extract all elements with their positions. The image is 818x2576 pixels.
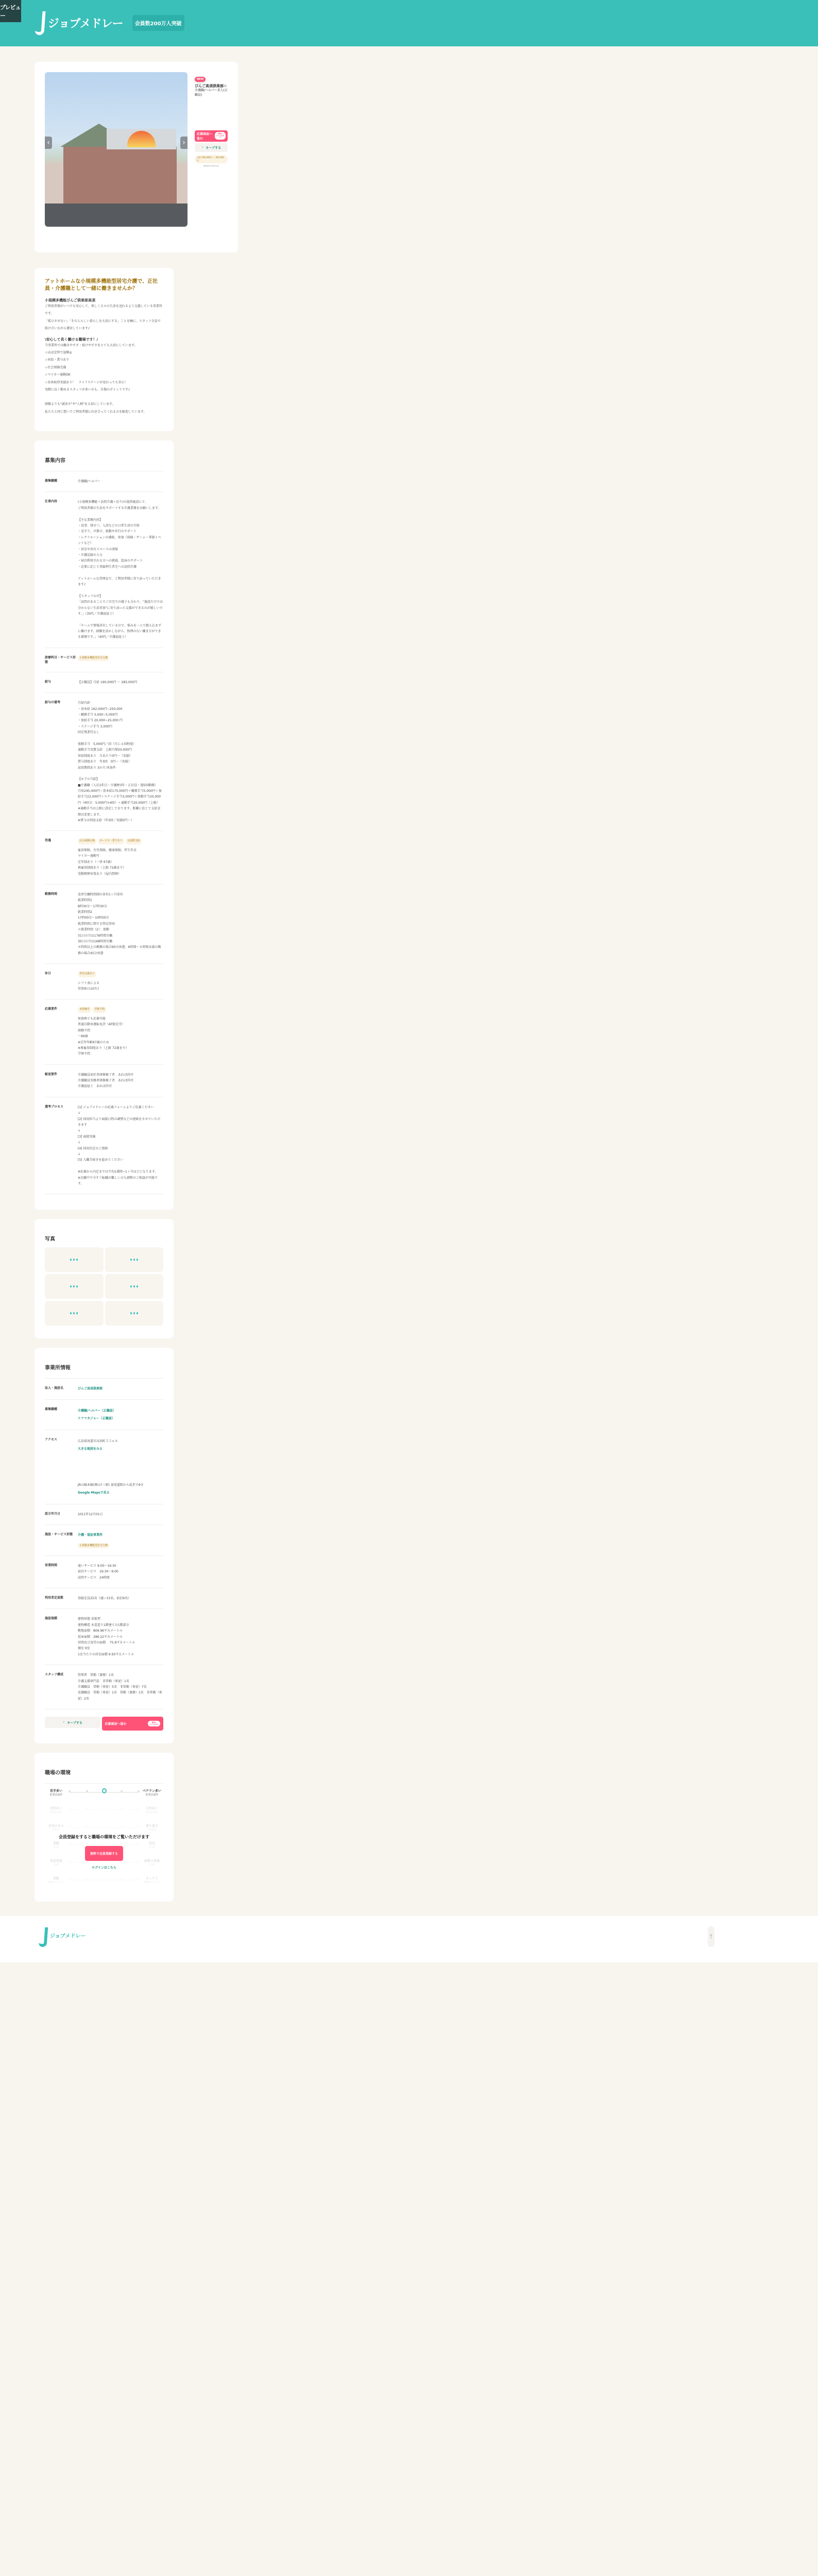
- loading-dot-icon: [76, 1259, 78, 1261]
- scale-dot-icon: [69, 1808, 71, 1810]
- row-value: 通いサービス 9:00～16:30 宿泊サービス 16:30～9:00 訪問サー…: [78, 1563, 163, 1581]
- row-label: 歓迎要件: [45, 1072, 78, 1090]
- row-value: 月給内訳 ・基本給 162,000円~250,000 ・職務手当 5,000~5…: [78, 700, 163, 823]
- row-value: 広島県尾道市高須町５５６８ 大きな地図をみる JR山陽本線(岡山?三原) 東尾道…: [78, 1437, 163, 1497]
- bottom-action-buttons: ★ キープする 応募画面へ進む 簡単& すぐできます: [45, 1717, 163, 1731]
- recruit-row: 診療科目・サービス形態小規模多機能型居宅介護: [45, 648, 163, 672]
- feature-tag: 社会保険完備: [78, 838, 96, 844]
- service-type-link[interactable]: 介護・福祉事業所: [78, 1532, 163, 1538]
- intro-point: ☆育休取得実績あり！ ライフステージが変わっても安心！: [45, 379, 163, 386]
- recruit-row: 選考プロセス[1] ジョブメドレーの応募フォームよりご応募ください ↓ [2] …: [45, 1097, 163, 1194]
- row-text: 介護職/ヘルパー: [78, 479, 163, 484]
- scale-category: 勤務スタイル: [45, 1880, 67, 1884]
- photo-wall: [63, 147, 177, 204]
- environment-scale-row: 男性多い従業員属性女性多い従業員属性: [45, 1801, 163, 1819]
- tag-list: 社会保険完備ボーナス・賞与あり交通費支給: [78, 838, 163, 844]
- row-text: 月給内訳 ・基本給 162,000円~250,000 ・職務手当 5,000~5…: [78, 700, 163, 823]
- office-row-service: 施設・サービス形態 介護・福祉事業所 小規模多機能型居宅介護: [45, 1525, 163, 1556]
- row-value: 管理者 常勤（兼務）1名 介護支援専門員 非常勤（専従）1名 介護職員 常勤（専…: [78, 1672, 163, 1702]
- new-badge: NEW: [195, 77, 206, 82]
- hero-side-panel: NEW びんご高須倶楽部の介護職/ヘルパー求人(正職員) 応募画面へ進む 簡単&…: [195, 72, 228, 242]
- scale-track: [70, 1877, 139, 1883]
- loading-dot-icon: [130, 1312, 132, 1314]
- members-only-message: 会員登録をすると職場の環境をご覧いただけます: [35, 1834, 174, 1840]
- recruit-row: 仕事内容(小規模多機能＋訪問介護＋泊り)の提供施設にて、 ご利用者様の生活をサポ…: [45, 492, 163, 648]
- scale-label: ベテラン多い: [141, 1788, 163, 1793]
- scale-dot-icon: [86, 1790, 88, 1792]
- salary-pill: 月給 190,000円 ～ 283,000円: [195, 155, 228, 163]
- intro-point: ☆社会保険完備: [45, 364, 163, 371]
- intro-point: ☆ほぼ定時で退勤◎: [45, 349, 163, 357]
- scale-dot-icon: [121, 1808, 123, 1810]
- loading-dot-icon: [76, 1285, 78, 1287]
- apply-button-label: 応募画面へ進む: [105, 1721, 127, 1726]
- row-value: [1] ジョブメドレーの応募フォームよりご応募ください ↓ [2] 採用担当より…: [78, 1105, 163, 1187]
- row-value: (小規模多機能＋訪問介護＋泊り)の提供施設にて、 ご利用者様の生活をサポートする…: [78, 499, 163, 640]
- row-label: アクセス: [45, 1437, 78, 1497]
- feature-tag: ボーナス・賞与あり: [98, 838, 124, 844]
- keep-button[interactable]: ★ キープする: [45, 1717, 100, 1728]
- tag-list: 小規模多機能型居宅介護: [78, 655, 163, 662]
- office-row-scale: 施設規模 建物形態 単独型 建物構造 木造造り1階建ての1階部分 敷地面積 80…: [45, 1609, 163, 1665]
- row-label: 診療科目・サービス形態: [45, 655, 78, 665]
- scale-label: 男性多い: [45, 1806, 67, 1810]
- section-title: 写真: [45, 1224, 163, 1242]
- workplace-environment-card: 職場の環境 若手多い従業員属性ベテラン多い従業員属性男性多い従業員属性女性多い従…: [35, 1753, 174, 1902]
- scale-dot-icon: [69, 1878, 71, 1880]
- map-placeholder: [78, 1453, 163, 1481]
- row-text: 【正職員】月給 190,000円 ～ 283,000円: [78, 680, 163, 685]
- loading-dot-icon: [70, 1259, 72, 1261]
- row-value: 登録定員25名（通い15名、宿泊9名）: [78, 1596, 163, 1601]
- intro-card: アットホームな小規模多機能型居宅介護で、正社員・介護職として一緒に働きませんか？…: [35, 268, 174, 431]
- big-map-link[interactable]: 大きな地図をみる: [78, 1445, 163, 1453]
- intro-paragraph: 私たちと同じ想いでご利用者様に向き合ってくれる方を歓迎しています。: [45, 409, 163, 416]
- photo-thumbnail-loading[interactable]: [45, 1274, 104, 1299]
- row-text: 介護職員初任者研修修了者 あれば尚可 介護職員実務者研修修了者 あれば尚可 介護…: [78, 1072, 163, 1090]
- scale-end-left: 男性多い従業員属性: [45, 1806, 67, 1814]
- scale-selected-marker-icon: [102, 1788, 107, 1793]
- footer-logo[interactable]: ジョブメドレー: [38, 1926, 86, 1944]
- scale-category: 従業員属性: [45, 1793, 67, 1797]
- main-column: アットホームな小規模多機能型居宅介護で、正社員・介護職として一緒に働きませんか？…: [35, 268, 174, 1902]
- logo-text: ジョブメドレー: [48, 15, 123, 31]
- scale-dot-icon: [138, 1790, 140, 1792]
- preview-badge: プレビュー: [0, 0, 21, 22]
- row-value: びんご高須倶楽部: [78, 1386, 163, 1392]
- photos-card: 写真: [35, 1219, 174, 1338]
- scale-dot-icon: [138, 1878, 140, 1880]
- recruit-row: 勤務時間変形労働時間制の単位1ヶ月単位 就業時間1 8時30分～17時30分 就…: [45, 885, 163, 964]
- recruit-row: 歓迎要件介護職員初任者研修修了者 あれば尚可 介護職員実務者研修修了者 あれば尚…: [45, 1065, 163, 1097]
- office-info-card: 事業所情報 法人・施設名 びんご高須倶楽部 募集職種 介護職/ヘルパー（正職員）…: [35, 1348, 174, 1743]
- row-value: 建物形態 単独型 建物構造 木造造り1階建ての1階部分 敷地面積 809.96平…: [78, 1616, 163, 1657]
- scale-track: [70, 1790, 139, 1795]
- row-label: 給与の備考: [45, 700, 78, 823]
- row-text: 無資格でも応募可能 普通自動車運転免許（AT限定可） 経験不問 ～66歳 ※定年…: [78, 1016, 163, 1057]
- photo-thumbnail-loading[interactable]: [45, 1301, 104, 1326]
- photo-thumbnail-loading[interactable]: [45, 1247, 104, 1272]
- row-text: (小規模多機能＋訪問介護＋泊り)の提供施設にて、 ご利用者様の生活をサポートする…: [78, 499, 163, 640]
- hero-card: ‹ › NEW びんご高須倶楽部の介護職/ヘルパー求人(正職員) 応募画面へ進む…: [35, 62, 238, 252]
- keep-button-label: キープする: [67, 1720, 82, 1725]
- apply-button[interactable]: 応募画面へ進む 簡単& すぐできます: [195, 130, 228, 142]
- apply-button[interactable]: 応募画面へ進む 簡単& すぐできます: [102, 1717, 164, 1731]
- photo-thumbnail-loading[interactable]: [105, 1274, 164, 1299]
- office-row-hours: 営業時間 通いサービス 9:00～16:30 宿泊サービス 16:30～9:00…: [45, 1556, 163, 1588]
- scale-label: 女性多い: [141, 1806, 163, 1810]
- loading-dot-icon: [130, 1285, 132, 1287]
- scale-label: きっちり: [141, 1876, 163, 1880]
- scale-end-left: 柔軟勤務スタイル: [45, 1876, 67, 1884]
- row-value: 介護職/ヘルパー: [78, 479, 163, 484]
- facility-name-link[interactable]: びんご高須倶楽部: [78, 1387, 103, 1391]
- row-label: 営業時間: [45, 1563, 78, 1581]
- register-button[interactable]: 無料で会員登録する: [85, 1846, 123, 1861]
- apply-button-label: 応募画面へ進む: [197, 131, 215, 141]
- facility-photo-carousel[interactable]: ‹ ›: [45, 72, 188, 227]
- row-value: 【正職員】月給 190,000円 ～ 283,000円: [78, 680, 163, 685]
- feature-tag: 未経験可: [78, 1007, 91, 1013]
- photo-thumbnail-loading[interactable]: [105, 1301, 164, 1326]
- intro-paragraph: ご利用者様がいつでも安心して、楽しく日々の生活を送れるよう支援している事業所です…: [45, 303, 163, 318]
- office-row-established: 設立年月日 2011年12月01日: [45, 1504, 163, 1525]
- recruit-row: 応募要件未経験可学歴不問無資格でも応募可能 普通自動車運転免許（AT限定可） 経…: [45, 999, 163, 1064]
- photo-parking-lot: [45, 204, 188, 227]
- scale-end-right: 女性多い従業員属性: [141, 1806, 163, 1814]
- member-count-badge: 会員数200万人突破: [132, 15, 184, 31]
- row-label: 募集職種: [45, 1407, 78, 1422]
- photo-grid: [45, 1247, 163, 1326]
- recruit-row: 待遇社会保険完備ボーナス・賞与あり交通費支給雇用保険、労災保険、健康保険、厚生年…: [45, 831, 163, 884]
- loading-dot-icon: [73, 1285, 75, 1287]
- recruitment-rows: 募集職種介護職/ヘルパー仕事内容(小規模多機能＋訪問介護＋泊り)の提供施設にて、…: [45, 471, 163, 1194]
- back-to-top-button[interactable]: ↑: [708, 1926, 714, 1947]
- carousel-next-icon[interactable]: ›: [180, 137, 188, 149]
- recruit-row: 募集職種介護職/ヘルパー: [45, 471, 163, 492]
- recruit-row: 休日育児支援ありシフト表による 年間休日107日: [45, 964, 163, 999]
- row-label: 応募要件: [45, 1007, 78, 1057]
- facility-name: びんご高須倶楽部: [195, 84, 224, 88]
- row-label: 給与: [45, 680, 78, 685]
- loading-dot-icon: [133, 1312, 135, 1314]
- scale-label: 若手多い: [45, 1788, 67, 1793]
- scale-category: 従業員属性: [141, 1793, 163, 1797]
- environment-scale-row: 柔軟勤務スタイルきっちり勤務スタイル: [45, 1871, 163, 1889]
- intro-paragraph: 実際に長く勤めるスタッフが多いのも、自慢のポイントです♪: [45, 386, 163, 394]
- job-title: びんご高須倶楽部の介護職/ヘルパー求人(正職員): [195, 84, 228, 97]
- row-value: 介護・福祉事業所 小規模多機能型居宅介護: [78, 1532, 163, 1548]
- row-label: 法人・施設名: [45, 1386, 78, 1392]
- row-value: 2011年12月01日: [78, 1512, 163, 1517]
- members-only-overlay: 会員登録をすると職場の環境をご覧いただけます 無料で会員登録する ログインはこち…: [35, 1820, 174, 1870]
- feature-tag: 交通費支給: [126, 838, 142, 844]
- scale-dot-icon: [103, 1808, 105, 1810]
- site-header: ジョブメドレー 会員数200万人突破: [0, 0, 818, 46]
- row-label: 募集職種: [45, 479, 78, 484]
- row-value: 未経験可学歴不問無資格でも応募可能 普通自動車運転免許（AT限定可） 経験不問 …: [78, 1007, 163, 1057]
- feature-tag: 学歴不問: [93, 1007, 106, 1013]
- scale-end-right: きっちり勤務スタイル: [141, 1876, 163, 1884]
- recruitment-details-card: 募集内容 募集職種介護職/ヘルパー仕事内容(小規模多機能＋訪問介護＋泊り)の提供…: [35, 440, 174, 1210]
- apply-easy-badge: 簡単& すぐできます: [148, 1721, 160, 1726]
- keep-button-label: キープする: [206, 145, 221, 150]
- google-maps-link[interactable]: Google Mapsで見る: [78, 1489, 163, 1497]
- row-value: 育児支援ありシフト表による 年間休日107日: [78, 971, 163, 992]
- scale-dot-icon: [138, 1808, 140, 1810]
- section-title: 事業所情報: [45, 1353, 163, 1379]
- loading-dot-icon: [137, 1312, 138, 1314]
- loading-dot-icon: [73, 1312, 75, 1314]
- scale-end-left: 若手多い従業員属性: [45, 1788, 67, 1797]
- row-label: 施設・サービス形態: [45, 1532, 78, 1548]
- scale-dot-icon: [121, 1878, 123, 1880]
- row-text: シフト表による 年間休日107日: [78, 980, 163, 992]
- row-label: 施設規模: [45, 1616, 78, 1657]
- loading-dot-icon: [133, 1259, 135, 1261]
- environment-scale-row: 若手多い従業員属性ベテラン多い従業員属性: [45, 1784, 163, 1801]
- loading-dot-icon: [76, 1312, 78, 1314]
- row-value: 介護職員初任者研修修了者 あれば尚可 介護職員実務者研修修了者 あれば尚可 介護…: [78, 1072, 163, 1090]
- row-label: 利用者定員数: [45, 1596, 78, 1601]
- intro-paragraph: 「孤立させない」「その人らしい暮らしを大切にする」ことを軸に、スタッフ全員で助け…: [45, 318, 163, 333]
- station-access: JR山陽本線(岡山?三原) 東尾道駅から徒歩で9分: [78, 1481, 163, 1489]
- scale-end-right: ベテラン多い従業員属性: [141, 1788, 163, 1797]
- footer-logo-text: ジョブメドレー: [50, 1931, 86, 1939]
- loading-dot-icon: [137, 1259, 138, 1261]
- logo-mark-icon: [38, 1926, 47, 1944]
- row-label: 勤務時間: [45, 892, 78, 956]
- apply-easy-badge: 簡単& すぐできます: [215, 132, 226, 140]
- row-value: 社会保険完備ボーナス・賞与あり交通費支給雇用保険、労災保険、健康保険、厚生年金 …: [78, 838, 163, 876]
- row-label: 仕事内容: [45, 499, 78, 640]
- intro-paragraph: 当事業所では働きやすさ・続けやすさをとても大切にしています。: [45, 342, 163, 349]
- row-value: 介護職/ヘルパー（正職員） ケアマネジャー（正職員）: [78, 1407, 163, 1422]
- row-label: 設立年月日: [45, 1512, 78, 1517]
- row-value: 変形労働時間制の単位1ヶ月単位 就業時間1 8時30分～17時30分 就業時間2…: [78, 892, 163, 956]
- row-label: 待遇: [45, 838, 78, 876]
- recruit-row: 給与の備考月給内訳 ・基本給 162,000円~250,000 ・職務手当 5,…: [45, 693, 163, 831]
- office-row-capacity: 利用者定員数 登録定員25名（通い15名、宿泊9名）: [45, 1588, 163, 1609]
- loading-dot-icon: [70, 1312, 72, 1314]
- job-link-care-manager[interactable]: ケアマネジャー（正職員）: [78, 1415, 163, 1422]
- loading-dot-icon: [73, 1259, 75, 1261]
- star-icon: ★: [201, 146, 203, 149]
- intro-point: ☆昇給・賞与あり: [45, 357, 163, 364]
- row-text: 雇用保険、労災保険、健康保険、厚生年金 マイカー通勤可 定年制あり（一律 67歳…: [78, 848, 163, 877]
- tag-list: 未経験可学歴不問: [78, 1007, 163, 1013]
- row-label: スタッフ構成: [45, 1672, 78, 1702]
- row-label: 休日: [45, 971, 78, 992]
- loading-dot-icon: [133, 1285, 135, 1287]
- row-text: 変形労働時間制の単位1ヶ月単位 就業時間1 8時30分～17時30分 就業時間2…: [78, 892, 163, 956]
- office-row-staff: スタッフ構成 管理者 常勤（兼務）1名 介護支援専門員 非常勤（専従）1名 介護…: [45, 1665, 163, 1709]
- section-title: 職場の環境: [45, 1758, 163, 1784]
- job-link-caregiver[interactable]: 介護職/ヘルパー（正職員）: [78, 1407, 163, 1415]
- loading-dot-icon: [70, 1285, 72, 1287]
- last-updated: 最終更新:2026/03/06: [195, 165, 228, 167]
- site-footer: ジョブメドレー ↑: [0, 1916, 818, 1962]
- scale-dot-icon: [69, 1790, 71, 1792]
- scale-category: 勤務スタイル: [141, 1880, 163, 1884]
- photo-thumbnail-loading[interactable]: [105, 1247, 164, 1272]
- row-value: 小規模多機能型居宅介護: [78, 655, 163, 665]
- logo-mark-icon: [35, 10, 44, 35]
- recruit-row: 給与【正職員】月給 190,000円 ～ 283,000円: [45, 672, 163, 693]
- site-logo[interactable]: ジョブメドレー 会員数200万人突破: [35, 10, 184, 35]
- carousel-prev-icon[interactable]: ‹: [45, 137, 52, 149]
- scale-category: 従業員属性: [45, 1810, 67, 1814]
- loading-dot-icon: [137, 1285, 138, 1287]
- intro-subheading-facility: 小規模多機能びんご倶楽部高須: [45, 298, 163, 303]
- office-row-access: アクセス 広島県尾道市高須町５５６８ 大きな地図をみる JR山陽本線(岡山?三原…: [45, 1430, 163, 1504]
- star-icon: ★: [63, 1721, 65, 1724]
- section-title: 募集内容: [45, 446, 163, 471]
- intro-point: ☆マイカー通勤OK: [45, 371, 163, 379]
- address: 広島県尾道市高須町５５６８: [78, 1437, 163, 1445]
- office-row-name: 法人・施設名 びんご高須倶楽部: [45, 1379, 163, 1399]
- scale-track: [70, 1807, 139, 1812]
- scale-dot-icon: [86, 1808, 88, 1810]
- loading-dot-icon: [130, 1259, 132, 1261]
- scale-category: 従業員属性: [141, 1810, 163, 1814]
- office-row-jobs: 募集職種 介護職/ヘルパー（正職員） ケアマネジャー（正職員）: [45, 1400, 163, 1430]
- scale-dot-icon: [103, 1878, 105, 1880]
- intro-paragraph: 経験よりも"誠実さ"や"人柄"を大切にしています。: [45, 401, 163, 408]
- scale-label: 柔軟: [45, 1876, 67, 1880]
- intro-headline: アットホームな小規模多機能型居宅介護で、正社員・介護職として一緒に働きませんか？: [45, 278, 163, 293]
- feature-tag: 育児支援あり: [78, 971, 96, 977]
- service-tag: 小規模多機能型居宅介護: [78, 1543, 109, 1548]
- tag-list: 育児支援あり: [78, 971, 163, 977]
- login-link[interactable]: ログインはこちら: [35, 1865, 174, 1870]
- keep-button[interactable]: ★ キープする: [195, 143, 228, 152]
- feature-tag: 小規模多機能型居宅介護: [78, 655, 109, 662]
- intro-subheading-benefits: \安心して長く働ける職場です！/: [45, 337, 163, 342]
- scale-dot-icon: [86, 1878, 88, 1880]
- scale-dot-icon: [121, 1790, 123, 1792]
- row-label: 選考プロセス: [45, 1105, 78, 1187]
- row-text: [1] ジョブメドレーの応募フォームよりご応募ください ↓ [2] 採用担当より…: [78, 1105, 163, 1187]
